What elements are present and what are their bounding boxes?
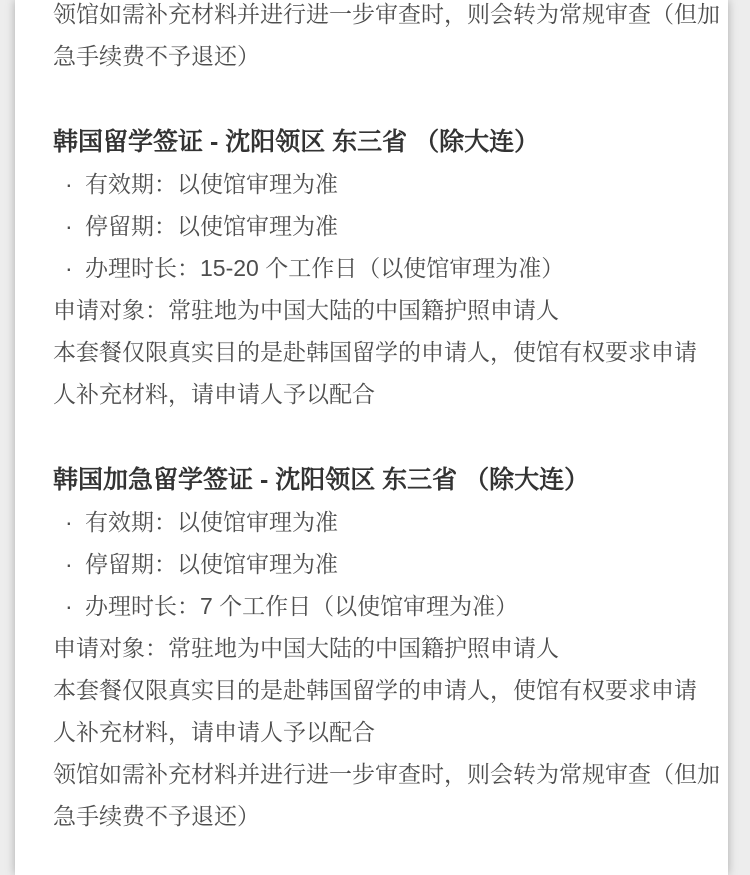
bullet-dot-icon: · — [65, 585, 85, 627]
bullet-text-validity: 有效期：以使馆审理为准 — [85, 501, 338, 543]
bullet-dot-icon: · — [65, 501, 85, 543]
paragraph-applicant: 申请对象：常驻地为中国大陆的中国籍护照申请人 — [53, 627, 725, 669]
bullet-text-processing-time: 办理时长：15-20 个工作日（以使馆审理为准） — [85, 247, 564, 289]
paragraph-line: 急手续费不予退还） — [53, 795, 725, 837]
visa-description-content: 领馆如需补充材料并进行进一步审查时，则会转为常规审查（但加 急手续费不予退还） … — [15, 0, 728, 837]
bullet-list: · 有效期：以使馆审理为准 · 停留期：以使馆审理为准 · 办理时长：15-20… — [53, 163, 725, 289]
paragraph-line: 本套餐仅限真实目的是赴韩国留学的申请人，使馆有权要求申请 — [53, 669, 725, 711]
paragraph-line: 本套餐仅限真实目的是赴韩国留学的申请人，使馆有权要求申请 — [53, 331, 725, 373]
paragraph-line: 人补充材料，请申请人予以配合 — [53, 711, 725, 753]
bullet-text-validity: 有效期：以使馆审理为准 — [85, 163, 338, 205]
scrollable-page[interactable]: 领馆如需补充材料并进行进一步审查时，则会转为常规审查（但加 急手续费不予退还） … — [15, 0, 728, 875]
app-viewport: 领馆如需补充材料并进行进一步审查时，则会转为常规审查（但加 急手续费不予退还） … — [0, 0, 750, 875]
bullet-dot-icon: · — [65, 543, 85, 585]
paragraph-line: 领馆如需补充材料并进行进一步审查时，则会转为常规审查（但加 — [53, 753, 725, 795]
list-item: · 有效期：以使馆审理为准 — [53, 163, 725, 205]
paragraph-regular-review-note: 领馆如需补充材料并进行进一步审查时，则会转为常规审查（但加 急手续费不予退还） — [53, 753, 725, 837]
paragraph-package-restriction: 本套餐仅限真实目的是赴韩国留学的申请人，使馆有权要求申请 人补充材料，请申请人予… — [53, 331, 725, 415]
section-title-student-visa: 韩国留学签证 - 沈阳领区 东三省 （除大连） — [53, 121, 725, 163]
paragraph-line: 急手续费不予退还） — [53, 35, 725, 77]
bullet-dot-icon: · — [65, 205, 85, 247]
list-item: · 停留期：以使馆审理为准 — [53, 543, 725, 585]
note-regular-review-continued: 领馆如需补充材料并进行进一步审查时，则会转为常规审查（但加 急手续费不予退还） — [53, 0, 725, 77]
bullet-text-stay: 停留期：以使馆审理为准 — [85, 543, 338, 585]
list-item: · 办理时长：15-20 个工作日（以使馆审理为准） — [53, 247, 725, 289]
paragraph-package-restriction: 本套餐仅限真实目的是赴韩国留学的申请人，使馆有权要求申请 人补充材料，请申请人予… — [53, 669, 725, 753]
list-item: · 有效期：以使馆审理为准 — [53, 501, 725, 543]
list-item: · 办理时长：7 个工作日（以使馆审理为准） — [53, 585, 725, 627]
bullet-dot-icon: · — [65, 163, 85, 205]
bullet-list: · 有效期：以使馆审理为准 · 停留期：以使馆审理为准 · 办理时长：7 个工作… — [53, 501, 725, 627]
paragraph-line: 申请对象：常驻地为中国大陆的中国籍护照申请人 — [53, 289, 725, 331]
paragraph-line: 人补充材料，请申请人予以配合 — [53, 373, 725, 415]
bullet-text-stay: 停留期：以使馆审理为准 — [85, 205, 338, 247]
paragraph-line: 领馆如需补充材料并进行进一步审查时，则会转为常规审查（但加 — [53, 0, 725, 35]
section-title-expedited-student-visa: 韩国加急留学签证 - 沈阳领区 东三省 （除大连） — [53, 459, 725, 501]
list-item: · 停留期：以使馆审理为准 — [53, 205, 725, 247]
bullet-dot-icon: · — [65, 247, 85, 289]
paragraph-applicant: 申请对象：常驻地为中国大陆的中国籍护照申请人 — [53, 289, 725, 331]
bullet-text-processing-time: 办理时长：7 个工作日（以使馆审理为准） — [85, 585, 518, 627]
paragraph-line: 申请对象：常驻地为中国大陆的中国籍护照申请人 — [53, 627, 725, 669]
